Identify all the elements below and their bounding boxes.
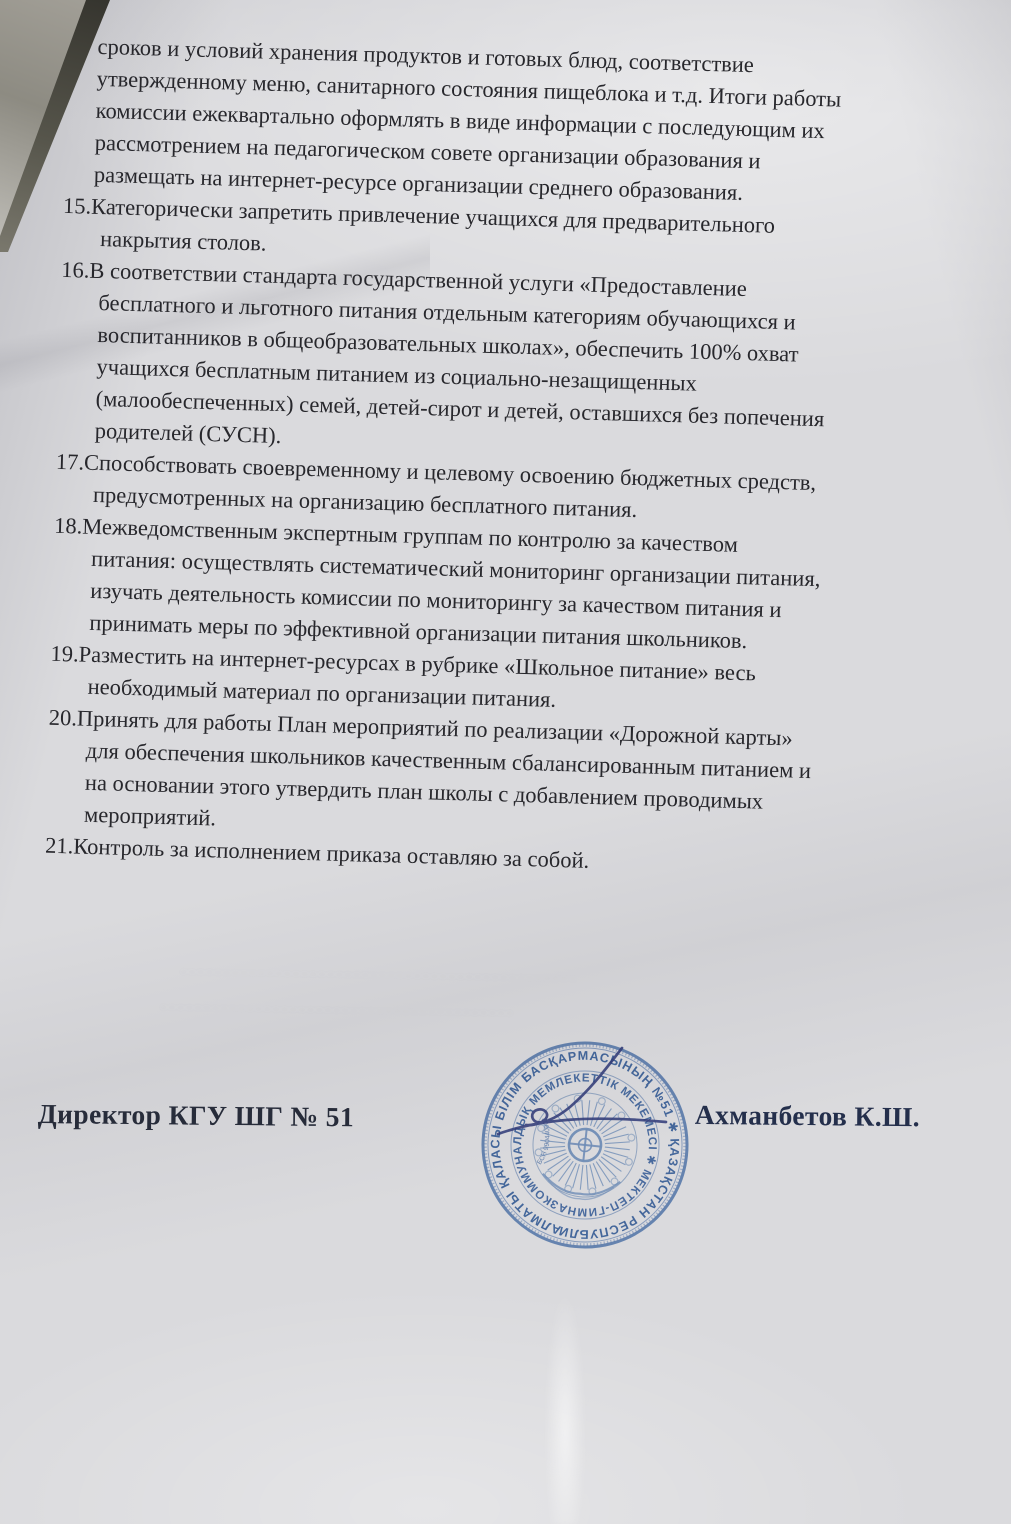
signatory-title: Директор КГУ ШГ № 51 <box>38 1098 355 1133</box>
stamp-ray <box>584 1165 591 1190</box>
document-body: сроков и условий хранения продуктов и го… <box>45 30 958 887</box>
stamp-graphic: АЛМАТЫ ҚАЛАСЫ БІЛІМ БАСҚАРМАСЫНЫҢ №51 ✱ … <box>420 1012 780 1302</box>
stamp-ray <box>587 1100 590 1125</box>
stamp-ray <box>564 1104 579 1127</box>
stamp-ray <box>604 1132 628 1143</box>
stamp-ornament-dot <box>537 1124 544 1131</box>
stamp-ray <box>605 1139 630 1146</box>
paper-crease <box>505 1295 625 1524</box>
stamp-ray <box>580 1165 583 1190</box>
stamp-ray <box>540 1140 565 1143</box>
ink-bleed-through: ········································… <box>180 962 579 992</box>
order-item: 18.Межведомственным экспертным группам п… <box>51 510 944 663</box>
order-item: 16.В соответствии стандарта государствен… <box>56 254 951 471</box>
stamp-ray <box>605 1147 630 1150</box>
document-page: ········································… <box>0 0 1011 1524</box>
item-number: 17. <box>56 449 85 475</box>
stamp-ornament-dot <box>611 1178 618 1185</box>
official-stamp: АЛМАТЫ ҚАЛАСЫ БІЛІМ БАСҚАРМАСЫНЫҢ №51 ✱ … <box>420 1012 780 1302</box>
stamp-ray <box>591 1163 606 1186</box>
stamp-ornament-dot <box>552 1105 559 1112</box>
item-number: 20. <box>48 705 77 731</box>
item-number: 15. <box>63 193 92 219</box>
stamp-ornament-dot <box>535 1149 542 1156</box>
stamp-ray <box>579 1100 586 1125</box>
stamp-ornament-dot <box>625 1158 632 1165</box>
paragraph-continuation: сроков и условий хранения продуктов и го… <box>94 31 958 215</box>
order-items-list: 15.Категорически запретить привлечение у… <box>45 190 953 887</box>
order-item: 20.Принять для работы План мероприятий п… <box>46 702 939 855</box>
stamp-seal: АЛМАТЫ ҚАЛАСЫ БІЛІМ БАСҚАРМАСЫНЫҢ №51 ✱ … <box>420 1012 701 1257</box>
item-number: 18. <box>54 513 83 539</box>
stamp-ray <box>603 1124 626 1139</box>
item-number: 16. <box>61 257 90 283</box>
stamp-ornament-dot <box>598 1097 605 1104</box>
item-number: 19. <box>50 641 79 667</box>
stamp-ornament-dot <box>628 1134 635 1141</box>
stamp-ray <box>587 1164 598 1188</box>
item-number: 21. <box>45 833 74 859</box>
stamp-ornament-dot <box>545 1171 552 1178</box>
